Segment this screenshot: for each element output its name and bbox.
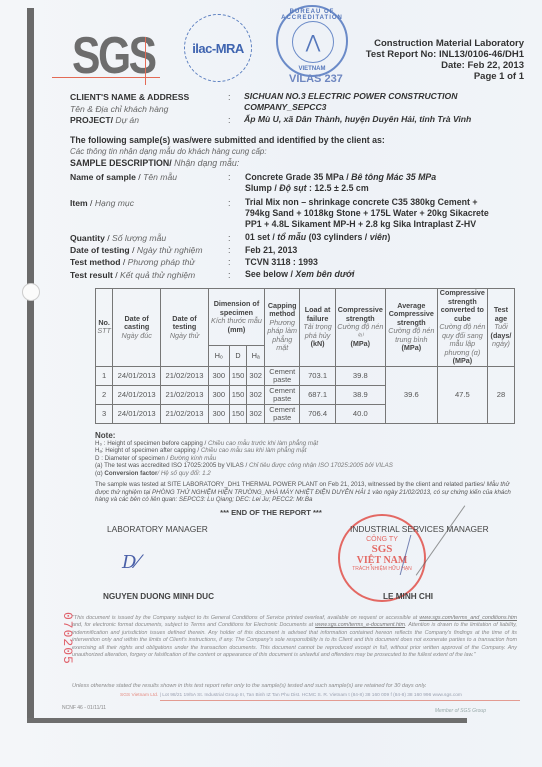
cell-d: 150 [229,366,247,385]
cell-load: 687.1 [300,385,335,404]
col-d: D [229,346,247,366]
results-table: No.STT Date of castingNgày đúc Date of t… [95,288,515,424]
intro-line-vi: Các thông tin nhận dạng mẫu do khách hàn… [70,147,267,156]
cell-capping: Cement paste [265,385,300,404]
cell-casting: 24/01/2013 [113,366,161,385]
cell-testing: 21/02/2013 [161,404,209,423]
col-date-casting: Date of castingNgày đúc [113,289,161,367]
project-label: PROJECT/ Dự án [70,115,139,125]
date-of-testing-value: Feb 21, 2013 [245,245,297,256]
page-number: Page 1 of 1 [366,71,524,82]
disclaimer: "This document is issued by the Company … [72,615,517,659]
bottom-border-bar [27,718,467,723]
test-method-label: Test method / Phương pháp thử [70,257,195,267]
date-of-testing-label: Date of testing / Ngày thử nghiệm [70,245,203,255]
note-ha: Hₐ: Height of specimen after capping / C… [95,447,520,455]
form-code: NCNF 46 - 01/11/11 [62,705,106,711]
cell-h0: 300 [208,385,229,404]
intro-line: The following sample(s) was/were submitt… [70,135,385,145]
ilac-mra-logo: ilac-MRA [184,14,252,82]
name-of-sample-value: Concrete Grade 35 MPa / Bê tông Mác 35 M… [245,172,436,194]
cell-average: 39.6 [385,366,437,423]
cell-casting: 24/01/2013 [113,385,161,404]
cell-casting: 24/01/2013 [113,404,161,423]
punch-hole [22,283,40,301]
industrial-manager-name: LE MINH CHI [383,592,433,601]
vilas-number: VILAS 237 [289,73,343,85]
accreditation-seal: BUREAU OF ACCREDITATION ⋀ VIETNAM [276,5,348,77]
site-statement: The sample was tested at SITE LABORATORY… [95,481,520,504]
quantity-label: Quantity / Số lượng mẫu [70,233,166,243]
terms-link[interactable]: www.sgs.com/terms_and_conditions.htm [419,615,517,621]
colon: : [228,115,231,125]
col-load: Load at failureTải trọng phá hủy(kN) [300,289,335,367]
col-dimension: Dimension of specimenKích thước mẫu(mm) [208,289,264,346]
colon: : [228,198,231,208]
cell-no: 1 [96,366,113,385]
cell-testing: 21/02/2013 [161,385,209,404]
item-label: Item / Hạng mục [70,198,134,208]
client-value-line1: SICHUAN NO.3 ELECTRIC POWER CONSTRUCTION [244,91,457,102]
note-accreditation: (a) The test was accredited ISO 17025:20… [95,462,520,470]
table-row: 1 24/01/2013 21/02/2013 300 150 302 Ceme… [96,366,515,385]
retention-statement: Unless otherwise stated the results show… [72,683,427,689]
col-capping: Capping methodPhương pháp làm phẳng mặt [265,289,300,367]
cell-strength: 39.8 [335,366,385,385]
signature-left: D⁄ [122,552,139,573]
address-rule [160,700,520,701]
colon: : [228,233,231,243]
client-value-line2: COMPANY_SEPCC3 [244,102,326,113]
col-h0: H₀ [208,346,229,366]
cell-ha: 302 [247,404,265,423]
lab-manager-title: LABORATORY MANAGER [107,524,208,534]
client-label: CLIENT'S NAME & ADDRESS [70,92,189,102]
item-value: Trial Mix non – shrinkage concrete C35 3… [245,197,489,230]
cell-ha: 302 [247,366,265,385]
cell-testing: 21/02/2013 [161,366,209,385]
note-h0: H₀ : Height of specimen before capping /… [95,440,520,448]
cell-load: 706.4 [300,404,335,423]
col-strength: Compressive strengthCường độ nén ⁽ᵃ⁾(MPa… [335,289,385,367]
notes-section: Note: H₀ : Height of specimen before cap… [95,432,520,478]
report-number: Test Report No: INL13/0106-46/DH1 [366,49,524,60]
test-result-value: See below / Xem bên dưới [245,269,354,280]
sample-description-heading: SAMPLE DESCRIPTION/ Nhận dạng mẫu: [70,158,239,168]
project-value: Ấp Mù U, xã Dân Thành, huyện Duyên Hải, … [244,114,471,125]
cell-capping: Cement paste [265,404,300,423]
cell-h0: 300 [208,366,229,385]
col-date-testing: Date of testingNgày thử [161,289,209,367]
cell-d: 150 [229,404,247,423]
table-header-row: No.STT Date of castingNgày đúc Date of t… [96,289,515,346]
cell-ha: 302 [247,385,265,404]
col-average: Average Compressive strengthCường độ nén… [385,289,437,367]
seal-ring-top: BUREAU OF ACCREDITATION [278,9,346,21]
col-no: No.STT [96,289,113,367]
test-method-value: TCVN 3118 : 1993 [245,257,318,268]
name-of-sample-label: Name of sample / Tên mẫu [70,172,177,182]
cell-d: 150 [229,385,247,404]
cell-cube: 47.5 [437,366,487,423]
logo-rule-vertical [145,37,146,85]
cell-h0: 300 [208,404,229,423]
ilac-mra-text: ilac-MRA [192,41,244,56]
seal-tower-icon: ⋀ [292,21,334,63]
member-of-group: Member of SGS Group [435,708,486,714]
quantity-value: 01 set / tổ mẫu (03 cylinders / viên) [245,232,390,243]
notes-title: Note: [95,432,520,440]
seal-ring-bottom: VIETNAM [278,66,346,72]
cell-no: 2 [96,385,113,404]
report-header-info: Construction Material Laboratory Test Re… [366,38,524,82]
note-d: D : Diameter of specimen / Đường kính mẫ… [95,455,520,463]
e-document-terms-link[interactable]: www.sgs.com/terms_e-document.htm [315,622,405,628]
client-label-vi: Tên & Địa chỉ khách hàng [70,104,168,114]
cell-capping: Cement paste [265,366,300,385]
cell-no: 3 [96,404,113,423]
left-border-bar [27,8,34,723]
note-conversion: (α) Conversion factor/ Hệ số quy đổi: 1.… [95,470,520,478]
lab-manager-name: NGUYEN DUONG MINH DUC [103,592,214,601]
test-result-label: Test result / Kết quả thử nghiệm [70,270,195,280]
logo-rule-horizontal [52,77,160,78]
col-cube: Compressive strength converted to cubeCư… [437,289,487,367]
lab-name: Construction Material Laboratory [366,38,524,49]
report-date: Date: Feb 22, 2013 [366,60,524,71]
colon: : [228,245,231,255]
sgs-logo: SGS [72,30,155,82]
cell-load: 703.1 [300,366,335,385]
colon: : [228,257,231,267]
col-age: Test ageTuổi(days/ngày) [487,289,514,367]
colon: : [228,172,231,182]
industrial-manager-title: INDUSTRIAL SERVICES MANAGER [350,524,489,534]
cell-strength: 38.9 [335,385,385,404]
colon: : [228,270,231,280]
report-page: SGS ilac-MRA BUREAU OF ACCREDITATION ⋀ V… [0,0,542,767]
col-ha: Hₐ [247,346,265,366]
cell-strength: 40.0 [335,404,385,423]
colon: : [228,92,231,102]
company-address: SGS Vietnam Ltd. | Lot 98/21 19/5A St. I… [120,693,462,698]
cell-age: 28 [487,366,514,423]
